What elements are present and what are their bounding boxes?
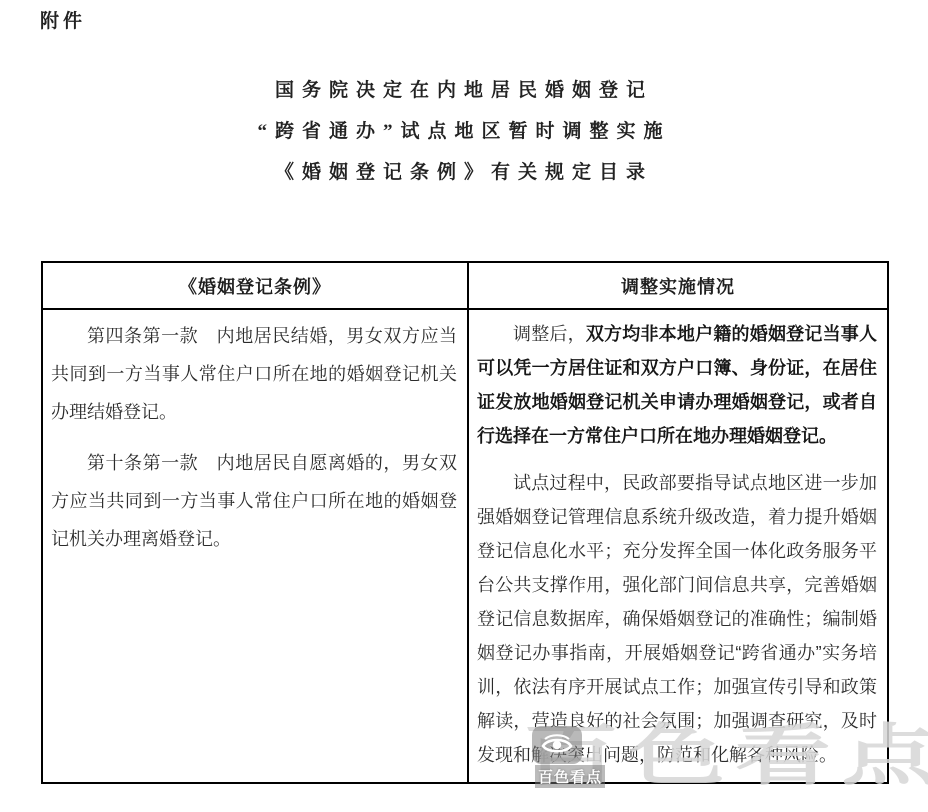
table-header-regulation: 《婚姻登记条例》 <box>42 262 468 309</box>
regulation-cell: 第四条第一款 内地居民结婚，男女双方应当共同到一方当事人常住户口所在地的婚姻登记… <box>42 309 468 783</box>
attachment-label: 附件 <box>40 6 86 33</box>
adjustment-p1-prefix: 调整后， <box>513 324 586 344</box>
title-line-3: 《婚姻登记条例》有关规定目录 <box>41 152 887 193</box>
adjustment-paragraph-2: 试点过程中，民政部要指导试点地区进一步加强婚姻登记管理信息系统升级改造，着力提升… <box>477 466 877 772</box>
table-header-row: 《婚姻登记条例》 调整实施情况 <box>42 262 888 309</box>
table-body-row: 第四条第一款 内地居民结婚，男女双方应当共同到一方当事人常住户口所在地的婚姻登记… <box>42 309 888 783</box>
regulation-paragraph-article4: 第四条第一款 内地居民结婚，男女双方应当共同到一方当事人常住户口所在地的婚姻登记… <box>51 317 457 431</box>
title-line-2: “跨省通办”试点地区暂时调整实施 <box>41 111 887 152</box>
title-line-1: 国务院决定在内地居民婚姻登记 <box>41 70 887 111</box>
regulation-paragraph-article10: 第十条第一款 内地居民自愿离婚的，男女双方应当共同到一方当事人常住户口所在地的婚… <box>51 444 457 558</box>
adjustment-cell: 调整后，双方均非本地户籍的婚姻登记当事人可以凭一方居住证和双方户口簿、身份证，在… <box>468 309 888 783</box>
document-page: 附件 国务院决定在内地居民婚姻登记 “跨省通办”试点地区暂时调整实施 《婚姻登记… <box>0 0 928 812</box>
document-title: 国务院决定在内地居民婚姻登记 “跨省通办”试点地区暂时调整实施 《婚姻登记条例》… <box>41 70 887 193</box>
regulation-comparison-table: 《婚姻登记条例》 调整实施情况 第四条第一款 内地居民结婚，男女双方应当共同到一… <box>41 261 889 784</box>
adjustment-paragraph-1: 调整后，双方均非本地户籍的婚姻登记当事人可以凭一方居住证和双方户口簿、身份证，在… <box>477 317 877 453</box>
table-header-adjustment: 调整实施情况 <box>468 262 888 309</box>
